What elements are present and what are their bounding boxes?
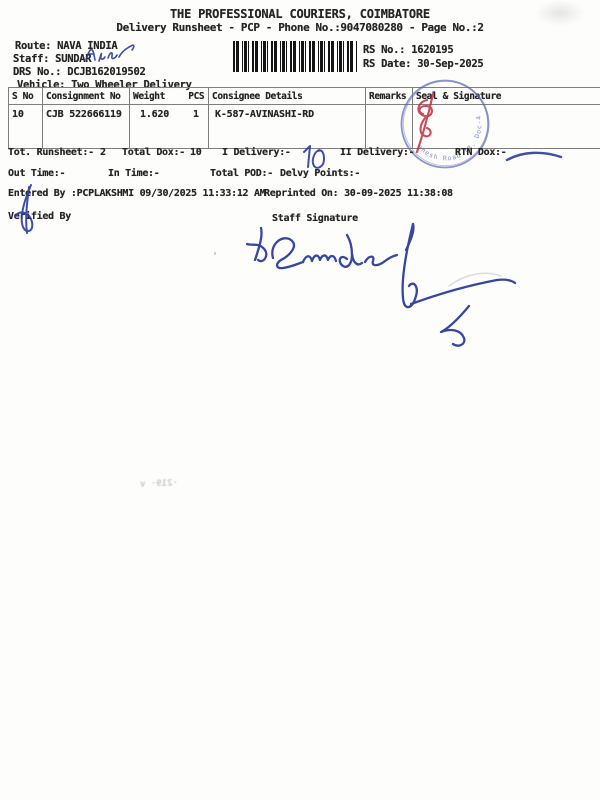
rs-date-value: 30-Sep-2025 (417, 58, 483, 70)
rtn-dox-label: RTN Dox:- (455, 147, 507, 158)
total-dox-label: Total Dox:- (122, 147, 185, 158)
rs-date-line: RS Date: 30-Sep-2025 (363, 58, 483, 70)
rs-no-label: RS No.: (363, 44, 405, 56)
cell-weight-pcs: 1.620 1 (130, 105, 209, 149)
col-header-consignee: Consignee Details (209, 88, 366, 105)
total-dox-value: 10 (190, 147, 201, 158)
consignment-table: S No Consignment No Weight PCS Consignee… (8, 87, 600, 149)
runsheet-barcode (233, 41, 357, 72)
rs-date-label: RS Date: (363, 58, 411, 70)
tot-runsheet-value: 2 (100, 147, 106, 158)
verified-by-scribble (5, 183, 51, 239)
runsheet-subtitle: Delivery Runsheet - PCP - Phone No.:9047… (0, 21, 600, 34)
table-header-row: S No Consignment No Weight PCS Consignee… (9, 88, 600, 105)
total-pod-label: Total POD:- (210, 168, 273, 179)
col-header-consignment: Consignment No (43, 88, 130, 105)
col-header-sno: S No (9, 88, 43, 105)
delivery-runsheet-document: THE PROFESSIONAL COURIERS, COIMBATORE De… (0, 0, 600, 800)
i-delivery-label: I Delivery:- (222, 147, 291, 158)
cell-sno: 10 (9, 105, 43, 149)
in-time-label: In Time:- (108, 168, 160, 179)
drs-line: DRS No.: DCJB162019502 (13, 66, 146, 78)
stamp-red-signature (417, 94, 433, 152)
ii-delivery-label: II Delivery:- (340, 147, 414, 158)
scan-dot (214, 252, 216, 255)
route-label: Route: (15, 40, 51, 52)
drs-value: DCJB162019502 (67, 66, 145, 78)
out-time-label: Out Time:- (8, 168, 65, 179)
rs-no-line: RS No.: 1620195 (363, 44, 453, 56)
rs-no-value: 1620195 (411, 44, 453, 56)
tot-runsheet-label: Tot. Runsheet:- (8, 147, 94, 158)
faint-pencil-arc (445, 268, 505, 292)
col-header-pcs: PCS (188, 91, 204, 102)
col-header-weight: Weight (133, 91, 165, 102)
cell-pcs: 1 (193, 109, 199, 120)
i-delivery-handwritten-value (296, 143, 330, 171)
staff-handwritten-annotation (84, 43, 138, 65)
company-title: THE PROFESSIONAL COURIERS, COIMBATORE (0, 7, 600, 21)
reprinted-on-line: Reprinted On: 30-09-2025 11:38:08 (264, 188, 453, 199)
drs-label: DRS No.: (13, 66, 61, 78)
table-row: 10 CJB 522666119 1.620 1 K-587-AVINASHI-… (9, 105, 600, 149)
staff-line: Staff: SUNDAR (13, 53, 91, 65)
show-through-text: ·219· v (140, 478, 178, 489)
staff-label: Staff: (13, 53, 49, 65)
pen-dash-mark (503, 149, 565, 165)
col-header-weight-pcs: Weight PCS (130, 88, 209, 105)
cell-consignment-no: CJB 522666119 (43, 105, 130, 149)
cell-consignee: K-587-AVINASHI-RD (209, 105, 366, 149)
cell-weight: 1.620 (140, 109, 169, 120)
